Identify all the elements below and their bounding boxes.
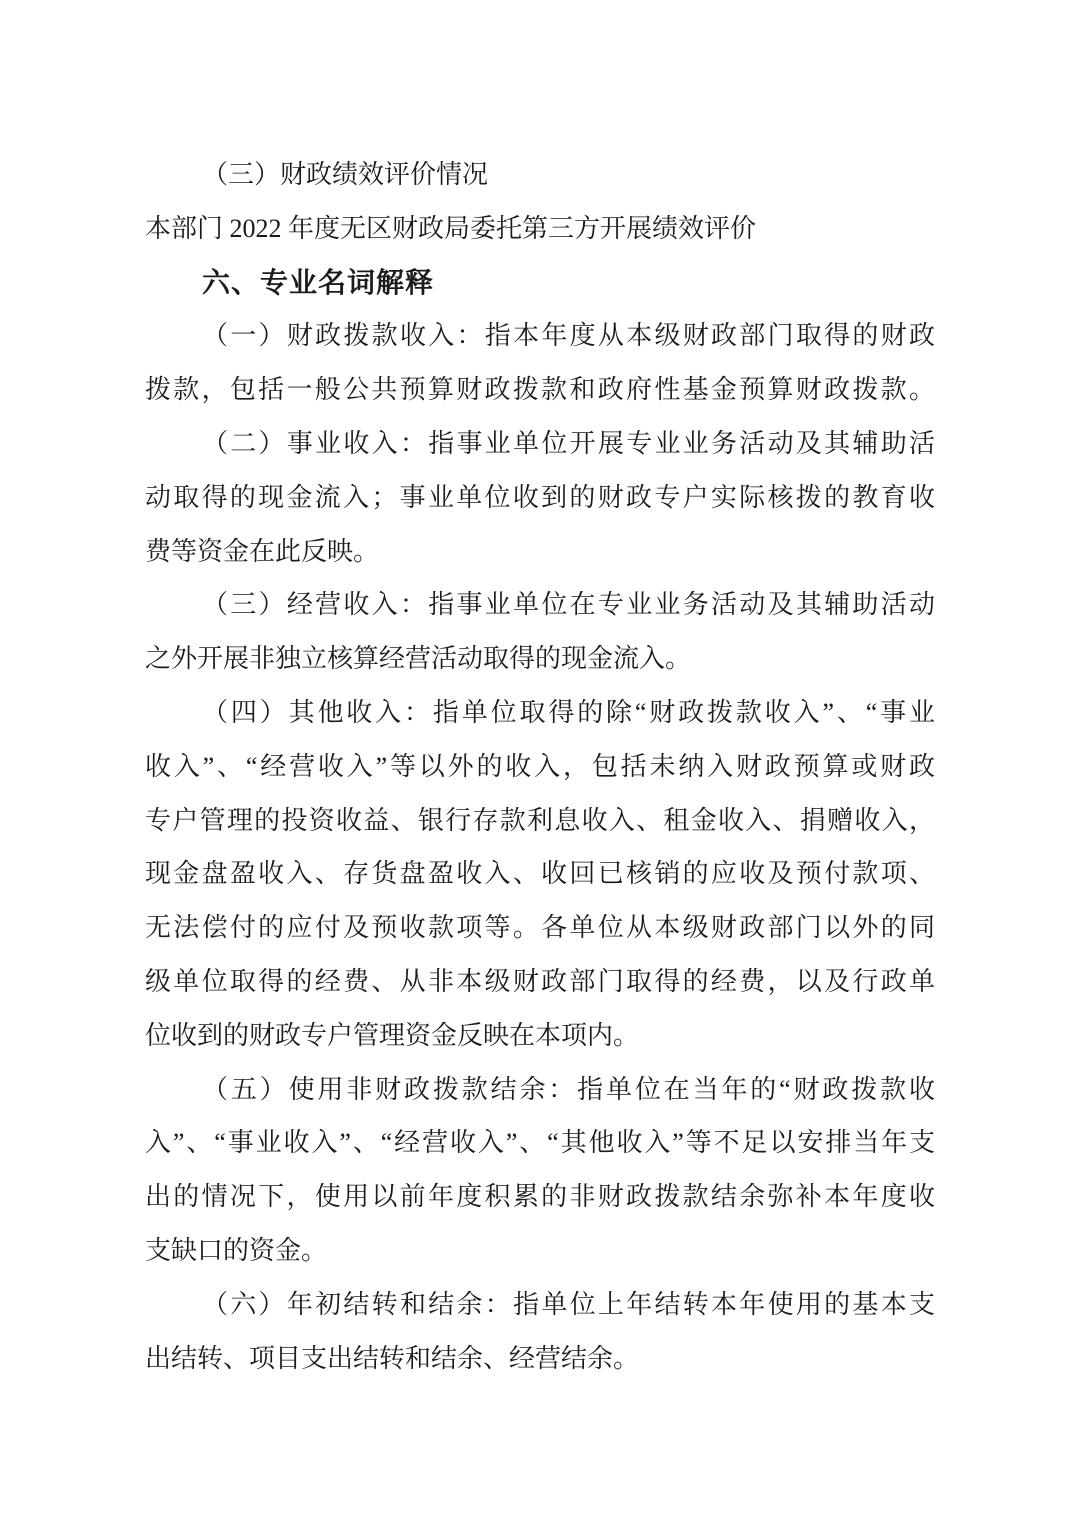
- definition-4-line-6: 级单位取得的经费、从非本级财政部门取得的经费，以及行政单: [145, 955, 935, 1009]
- definition-4-line-2: 收入”、“经营收入”等以外的收入，包括未纳入财政预算或财政: [145, 740, 935, 794]
- definition-4-line-3: 专户管理的投资收益、银行存款利息收入、租金收入、捐赠收入，: [145, 794, 935, 848]
- definition-4-line-5: 无法偿付的应付及预收款项等。各单位从本级财政部门以外的同: [145, 901, 935, 955]
- definition-4-line-1: （四）其他收入：指单位取得的除“财政拨款收入”、“事业: [145, 686, 935, 740]
- definition-5-line-3: 出的情况下，使用以前年度积累的非财政拨款结余弥补本年度收: [145, 1170, 935, 1224]
- definition-5-line-4: 支缺口的资金。: [145, 1224, 935, 1278]
- definition-2-line-3: 费等资金在此反映。: [145, 525, 935, 579]
- definition-2-line-1: （二）事业收入：指事业单位开展专业业务活动及其辅助活: [145, 417, 935, 471]
- definition-6-line-1: （六）年初结转和结余：指单位上年结转本年使用的基本支: [145, 1278, 935, 1332]
- section-6-heading: 六、专业名词解释: [145, 256, 935, 310]
- definition-3-line-1: （三）经营收入：指事业单位在专业业务活动及其辅助活动: [145, 578, 935, 632]
- definition-4-line-4: 现金盘盈收入、存货盘盈收入、收回已核销的应收及预付款项、: [145, 847, 935, 901]
- definition-2-line-2: 动取得的现金流入；事业单位收到的财政专户实际核拨的教育收: [145, 471, 935, 525]
- definition-5-line-1: （五）使用非财政拨款结余：指单位在当年的“财政拨款收: [145, 1063, 935, 1117]
- definition-3-line-2: 之外开展非独立核算经营活动取得的现金流入。: [145, 632, 935, 686]
- performance-evaluation-statement: 本部门 2022 年度无区财政局委托第三方开展绩效评价: [145, 202, 935, 256]
- definition-6-line-2: 出结转、项目支出结转和结余、经营结余。: [145, 1332, 935, 1386]
- definition-5-line-2: 入”、“事业收入”、“经营收入”、“其他收入”等不足以安排当年支: [145, 1116, 935, 1170]
- definition-1-line-1: （一）财政拨款收入：指本年度从本级财政部门取得的财政: [145, 309, 935, 363]
- section-3-title: （三）财政绩效评价情况: [145, 148, 935, 202]
- definition-1-line-2: 拨款，包括一般公共预算财政拨款和政府性基金预算财政拨款。: [145, 363, 935, 417]
- document-page: （三）财政绩效评价情况 本部门 2022 年度无区财政局委托第三方开展绩效评价 …: [0, 0, 1074, 1520]
- definition-4-line-7: 位收到的财政专户管理资金反映在本项内。: [145, 1009, 935, 1063]
